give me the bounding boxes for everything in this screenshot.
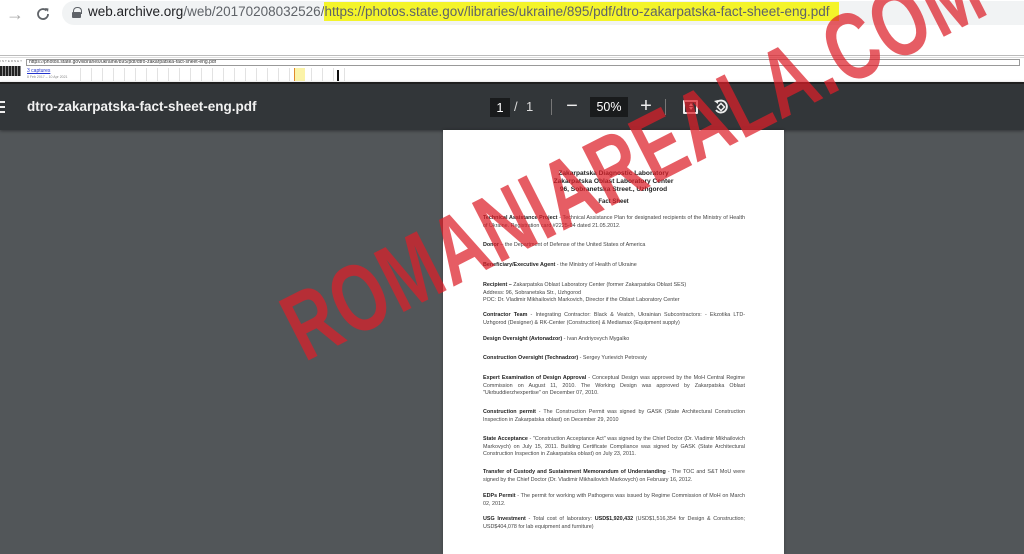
- toolbar-divider: [551, 99, 552, 115]
- timeline-capture-marker: [294, 68, 295, 81]
- doc-section: Donor – the Department of Defense of the…: [483, 242, 745, 250]
- forward-arrow-icon[interactable]: →: [4, 3, 26, 25]
- menu-icon[interactable]: [0, 101, 5, 113]
- wayback-toolbar: INTERNET https://photos.state.gov/librar…: [0, 55, 1024, 82]
- doc-section: USG Investment - Total cost of laborator…: [483, 516, 745, 531]
- pdf-page: Zakarpatska Diagnostic Laboratory Zakarp…: [443, 130, 784, 554]
- zoom-level-input[interactable]: 50%: [590, 97, 628, 117]
- doc-header-line: Zakarpatska Diagnostic Laboratory: [443, 170, 784, 177]
- page-number-input[interactable]: 1: [490, 98, 510, 117]
- rotate-icon[interactable]: [712, 98, 730, 116]
- url-highlight: https://photos.state.gov/libraries/ukrai…: [324, 2, 839, 21]
- doc-section: Contractor Team - Integrating Contractor…: [483, 312, 745, 327]
- capture-timeline[interactable]: [70, 68, 350, 81]
- doc-section: State Acceptance - "Construction Accepta…: [483, 436, 745, 459]
- pdf-viewer: dtro-zakarpatska-fact-sheet-eng.pdf 1 / …: [0, 82, 1024, 554]
- doc-header-line: 96, Sobranetska Street., Uzhgorod: [443, 186, 784, 193]
- timeline-year-highlight[interactable]: [295, 68, 305, 81]
- doc-section: Construction permit - The Construction P…: [483, 409, 745, 424]
- wayback-url-input[interactable]: https://photos.state.gov/libraries/ukrai…: [26, 59, 1020, 66]
- lock-icon: [72, 7, 81, 18]
- doc-section: EDPs Permit - The permit for working wit…: [483, 493, 745, 508]
- doc-section: Design Oversight (Avtonadzor) - Ivan And…: [483, 336, 745, 344]
- doc-section: Construction Oversight (Technadzor) - Se…: [483, 355, 745, 363]
- doc-section: Transfer of Custody and Sustainment Memo…: [483, 469, 745, 484]
- doc-subtitle: Fact Sheet: [443, 199, 784, 205]
- doc-section: Beneficiary/Executive Agent - the Minist…: [483, 262, 745, 270]
- doc-section: Technical Assistance Project - Technical…: [483, 215, 745, 230]
- reload-icon[interactable]: [32, 3, 54, 25]
- doc-section: Expert Examination of Design Approval - …: [483, 375, 745, 398]
- browser-chrome: → web.archive.org/web/20170208032526/htt…: [0, 0, 1024, 50]
- document-title: dtro-zakarpatska-fact-sheet-eng.pdf: [27, 99, 257, 114]
- capture-date-range: 8 Feb 2017 – 10 Apr 2021: [27, 75, 67, 79]
- zoom-out-button[interactable]: −: [562, 95, 582, 117]
- url-text: web.archive.org/web/20170208032526/https…: [88, 4, 839, 19]
- timeline-current-marker: [337, 70, 339, 81]
- doc-section: Recipient – Zakarpatska Oblast Laborator…: [483, 282, 745, 305]
- zoom-in-button[interactable]: +: [636, 94, 656, 118]
- fit-to-page-icon[interactable]: [683, 100, 698, 114]
- captures-link[interactable]: 3 captures: [27, 68, 50, 74]
- page-separator: /: [514, 99, 518, 114]
- pdf-toolbar: dtro-zakarpatska-fact-sheet-eng.pdf 1 / …: [0, 82, 1024, 130]
- wayback-logo[interactable]: INTERNET: [0, 59, 22, 79]
- total-pages: 1: [526, 99, 533, 114]
- address-bar[interactable]: web.archive.org/web/20170208032526/https…: [62, 1, 1024, 25]
- doc-header-line: Zakarpatska Oblast Laboratory Center: [443, 178, 784, 185]
- toolbar-divider: [665, 99, 666, 115]
